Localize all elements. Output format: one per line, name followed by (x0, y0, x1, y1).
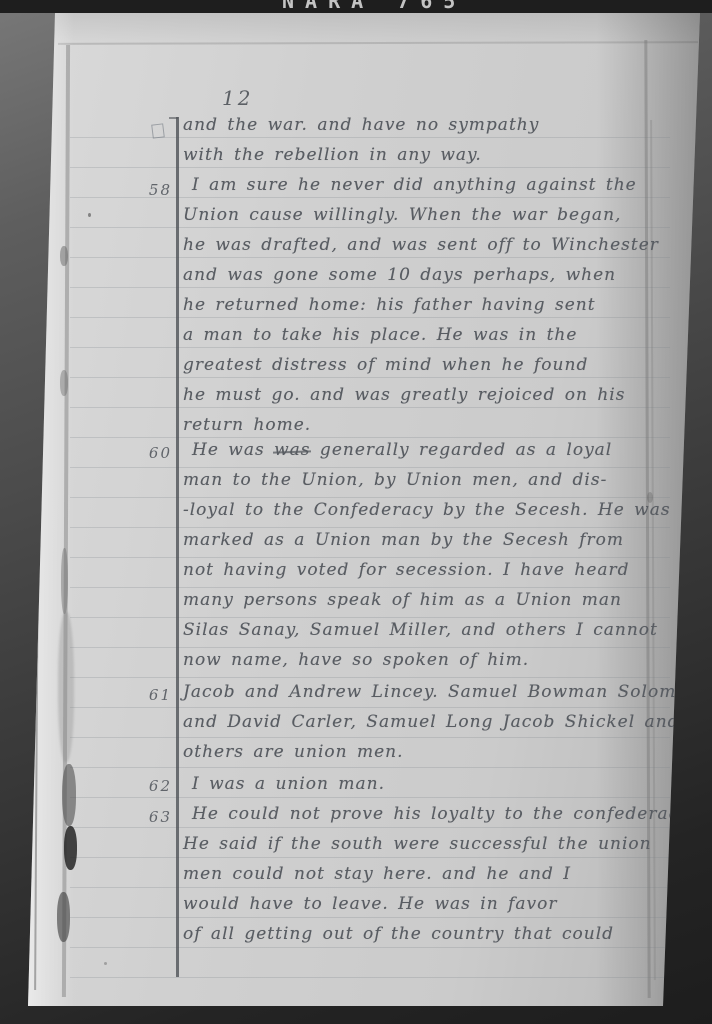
margin-rule-line (176, 117, 179, 977)
binding-stain (60, 370, 68, 396)
question-number: 63 (138, 808, 172, 826)
page-number: 12 (222, 86, 253, 110)
handwritten-line: he was drafted, and was sent off to Winc… (183, 235, 658, 265)
handwritten-line: and was gone some 10 days perhaps, when (183, 265, 658, 295)
handwritten-line: with the rebellion in any way. (183, 145, 658, 175)
question-number: 62 (138, 777, 172, 795)
handwritten-line: marked as a Union man by the Secesh from (183, 530, 658, 560)
handwritten-line: many persons speak of him as a Union man (183, 590, 658, 620)
handwritten-line: would have to leave. He was in favor (183, 894, 658, 924)
handwritten-line: -loyal to the Confederacy by the Secesh.… (183, 500, 658, 530)
binding-stain (62, 764, 76, 826)
handwritten-line: he must go. and was greatly rejoiced on … (183, 385, 658, 415)
handwritten-line: greatest distress of mind when he found (183, 355, 658, 385)
margin-check-mark (151, 123, 165, 138)
handwritten-line: men could not stay here. and he and I (183, 864, 658, 894)
handwritten-line: I was a union man. (183, 774, 658, 804)
film-id-label: NARA 765 (282, 0, 466, 13)
handwritten-line: He was was generally regarded as a loyal (183, 440, 658, 470)
question-number: 58 (138, 181, 172, 199)
binding-stain (58, 612, 74, 762)
question-number: 61 (138, 686, 172, 704)
handwritten-line: now name, have so spoken of him. (183, 650, 658, 680)
binding-stain (61, 548, 68, 614)
binding-stain (60, 246, 68, 266)
handwritten-line: man to the Union, by Union men, and dis- (183, 470, 658, 500)
handwritten-line: of all getting out of the country that c… (183, 924, 658, 954)
handwritten-line: I am sure he never did anything against … (183, 175, 658, 205)
handwritten-line: and David Carler, Samuel Long Jacob Shic… (183, 712, 658, 742)
dust-speck (104, 962, 107, 965)
question-number: 60 (138, 444, 172, 462)
handwritten-line: a man to take his place. He was in the (183, 325, 658, 355)
struck-word: was (274, 440, 310, 460)
handwritten-line: Union cause willingly. When the war bega… (183, 205, 658, 235)
document-page: 12 and the war. and have no sympathy wit… (0, 0, 712, 1024)
handwritten-line: not having voted for secession. I have h… (183, 560, 658, 590)
binding-stain (64, 826, 77, 870)
handwritten-line: and the war. and have no sympathy (183, 115, 658, 145)
handwritten-line: he returned home: his father having sent (183, 295, 658, 325)
microfilm-scan-frame: 12 and the war. and have no sympathy wit… (0, 0, 712, 1024)
dust-speck (88, 213, 91, 217)
handwritten-line: He said if the south were successful the… (183, 834, 658, 864)
handwritten-line: others are union men. (183, 742, 658, 772)
film-header-bar: NARA 765 (0, 0, 712, 13)
handwritten-line: Silas Sanay, Samuel Miller, and others I… (183, 620, 658, 650)
binding-stain (57, 892, 70, 942)
handwritten-line: He could not prove his loyalty to the co… (183, 804, 658, 834)
handwritten-line: Jacob and Andrew Lincey. Samuel Bowman S… (183, 682, 658, 712)
